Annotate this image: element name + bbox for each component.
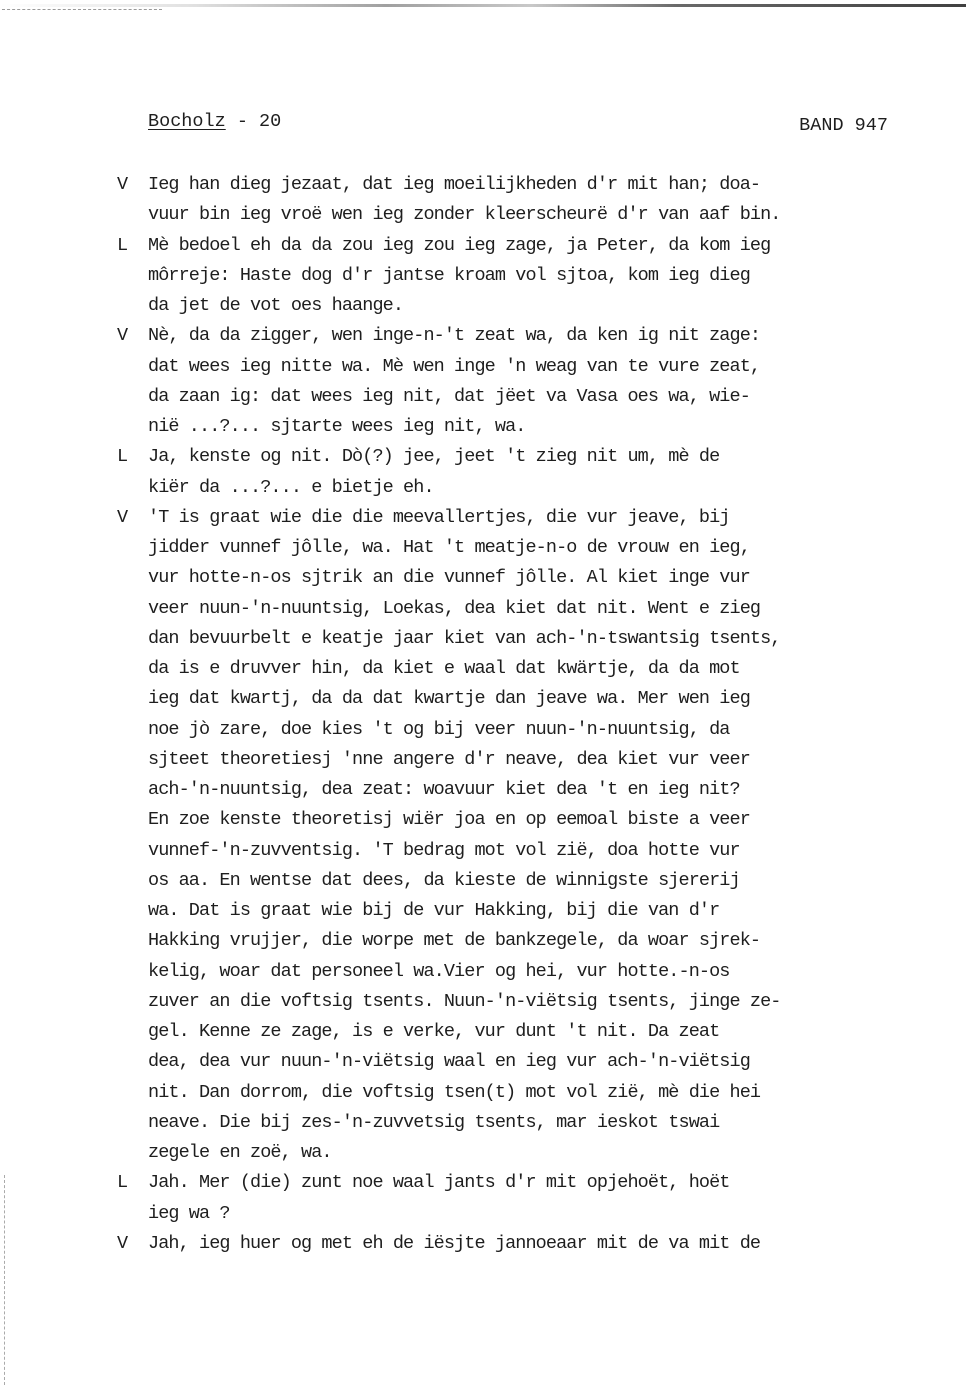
- transcript-body: VIeg han dieg jezaat, dat ieg moeilijkhe…: [117, 170, 917, 1259]
- line-text: dea, dea vur nuun-'n-viëtsig waal en ieg…: [148, 1047, 750, 1077]
- transcript-line: LJah. Mer (die) zunt noe waal jants d'r …: [117, 1168, 917, 1198]
- line-text: gel. Kenne ze zage, is e verke, vur dunt…: [148, 1017, 719, 1047]
- line-text: noe jò zare, doe kies 't og bij veer nuu…: [148, 715, 730, 745]
- line-text: Jah. Mer (die) zunt noe waal jants d'r m…: [148, 1168, 730, 1198]
- line-text: Nè, da da zigger, wen inge-n-'t zeat wa,…: [148, 321, 760, 351]
- band-label: BAND 947: [799, 115, 888, 136]
- transcript-line: ieg dat kwartj, da da dat kwartje dan je…: [117, 684, 917, 714]
- line-text: vunnef-'n-zuvventsig. 'T bedrag mot vol …: [148, 836, 740, 866]
- scan-margin-marks: [4, 1175, 6, 1385]
- transcript-line: VNè, da da zigger, wen inge-n-'t zeat wa…: [117, 321, 917, 351]
- transcript-line: nië ...?... sjtarte wees ieg nit, wa.: [117, 412, 917, 442]
- speaker-label: L: [117, 231, 128, 261]
- transcript-line: vunnef-'n-zuvventsig. 'T bedrag mot vol …: [117, 836, 917, 866]
- place-name: Bocholz: [148, 111, 226, 132]
- transcript-line: Hakking vrujjer, die worpe met de bankze…: [117, 926, 917, 956]
- line-text: jidder vunnef jôlle, wa. Hat 't meatje-n…: [148, 533, 750, 563]
- transcript-line: neave. Die bij zes-'n-zuvvetsig tsents, …: [117, 1108, 917, 1138]
- line-text: zuver an die voftsig tsents. Nuun-'n-vië…: [148, 987, 781, 1017]
- line-text: neave. Die bij zes-'n-zuvvetsig tsents, …: [148, 1108, 719, 1138]
- transcript-line: VJah, ieg huer og met eh de iësjte janno…: [117, 1229, 917, 1259]
- transcript-line: vur hotte-n-os sjtrik an die vunnef jôll…: [117, 563, 917, 593]
- transcript-line: gel. Kenne ze zage, is e verke, vur dunt…: [117, 1017, 917, 1047]
- transcript-line: VIeg han dieg jezaat, dat ieg moeilijkhe…: [117, 170, 917, 200]
- line-text: nit. Dan dorrom, die voftsig tsen(t) mot…: [148, 1078, 760, 1108]
- transcript-line: kiër da ...?... e bietje eh.: [117, 473, 917, 503]
- scan-edge-line: [0, 4, 966, 7]
- line-text: Mè bedoel eh da da zou ieg zou ieg zage,…: [148, 231, 770, 261]
- line-text: ach-'n-nuuntsig, dea zeat: woavuur kiet …: [148, 775, 740, 805]
- transcript-line: ach-'n-nuuntsig, dea zeat: woavuur kiet …: [117, 775, 917, 805]
- transcript-line: sjteet theoretiesj 'nne angere d'r neave…: [117, 745, 917, 775]
- line-text: ieg dat kwartj, da da dat kwartje dan je…: [148, 684, 750, 714]
- transcript-line: nit. Dan dorrom, die voftsig tsen(t) mot…: [117, 1078, 917, 1108]
- line-text: os aa. En wentse dat dees, da kieste de …: [148, 866, 740, 896]
- scan-edge-dots: [2, 9, 162, 11]
- line-text: da is e druvver hin, da kiet e waal dat …: [148, 654, 740, 684]
- line-text: ieg wa ?: [148, 1199, 230, 1229]
- transcript-line: ieg wa ?: [117, 1199, 917, 1229]
- speaker-label: L: [117, 1168, 128, 1198]
- line-text: da jet de vot oes haange.: [148, 291, 403, 321]
- transcript-line: dan bevuurbelt e keatje jaar kiet van ac…: [117, 624, 917, 654]
- transcript-line: môrreje: Haste dog d'r jantse kroam vol …: [117, 261, 917, 291]
- line-text: kiër da ...?... e bietje eh.: [148, 473, 434, 503]
- transcript-line: kelig, woar dat personeel wa.Vier og hei…: [117, 957, 917, 987]
- line-text: da zaan ig: dat wees ieg nit, dat jëet v…: [148, 382, 750, 412]
- transcript-line: V'T is graat wie die die meevallertjes, …: [117, 503, 917, 533]
- speaker-label: L: [117, 442, 128, 472]
- line-text: dan bevuurbelt e keatje jaar kiet van ac…: [148, 624, 781, 654]
- transcript-line: wa. Dat is graat wie bij de vur Hakking,…: [117, 896, 917, 926]
- transcript-line: zegele en zoë, wa.: [117, 1138, 917, 1168]
- transcript-line: da zaan ig: dat wees ieg nit, dat jëet v…: [117, 382, 917, 412]
- line-text: vuur bin ieg vroë wen ieg zonder kleersc…: [148, 200, 781, 230]
- transcript-line: dat wees ieg nitte wa. Mè wen inge 'n we…: [117, 352, 917, 382]
- line-text: Hakking vrujjer, die worpe met de bankze…: [148, 926, 760, 956]
- line-text: En zoe kenste theoretisj wiër joa en op …: [148, 805, 750, 835]
- speaker-label: V: [117, 321, 128, 351]
- line-text: nië ...?... sjtarte wees ieg nit, wa.: [148, 412, 525, 442]
- line-text: 'T is graat wie die die meevallertjes, d…: [148, 503, 730, 533]
- line-text: Ieg han dieg jezaat, dat ieg moeilijkhed…: [148, 170, 760, 200]
- line-text: veer nuun-'n-nuuntsig, Loekas, dea kiet …: [148, 594, 760, 624]
- speaker-label: V: [117, 170, 128, 200]
- line-text: Jah, ieg huer og met eh de iësjte jannoe…: [148, 1229, 760, 1259]
- line-text: kelig, woar dat personeel wa.Vier og hei…: [148, 957, 730, 987]
- transcript-line: zuver an die voftsig tsents. Nuun-'n-vië…: [117, 987, 917, 1017]
- transcript-line: LJa, kenste og nit. Dò(?) jee, jeet 't z…: [117, 442, 917, 472]
- transcript-line: LMè bedoel eh da da zou ieg zou ieg zage…: [117, 231, 917, 261]
- transcript-line: da jet de vot oes haange.: [117, 291, 917, 321]
- line-text: môrreje: Haste dog d'r jantse kroam vol …: [148, 261, 750, 291]
- transcript-line: En zoe kenste theoretisj wiër joa en op …: [117, 805, 917, 835]
- transcript-line: da is e druvver hin, da kiet e waal dat …: [117, 654, 917, 684]
- page-number: 20: [259, 111, 281, 132]
- line-text: vur hotte-n-os sjtrik an die vunnef jôll…: [148, 563, 750, 593]
- line-text: sjteet theoretiesj 'nne angere d'r neave…: [148, 745, 750, 775]
- transcript-line: dea, dea vur nuun-'n-viëtsig waal en ieg…: [117, 1047, 917, 1077]
- line-text: dat wees ieg nitte wa. Mè wen inge 'n we…: [148, 352, 760, 382]
- page-separator: -: [226, 111, 259, 132]
- header-location: Bocholz - 20: [148, 111, 281, 132]
- speaker-label: V: [117, 1229, 128, 1259]
- line-text: wa. Dat is graat wie bij de vur Hakking,…: [148, 896, 719, 926]
- line-text: Ja, kenste og nit. Dò(?) jee, jeet 't zi…: [148, 442, 719, 472]
- speaker-label: V: [117, 503, 128, 533]
- transcript-line: jidder vunnef jôlle, wa. Hat 't meatje-n…: [117, 533, 917, 563]
- transcript-line: os aa. En wentse dat dees, da kieste de …: [117, 866, 917, 896]
- page-header: Bocholz - 20 BAND 947: [148, 111, 888, 139]
- transcript-line: vuur bin ieg vroë wen ieg zonder kleersc…: [117, 200, 917, 230]
- transcript-line: noe jò zare, doe kies 't og bij veer nuu…: [117, 715, 917, 745]
- transcript-line: veer nuun-'n-nuuntsig, Loekas, dea kiet …: [117, 594, 917, 624]
- line-text: zegele en zoë, wa.: [148, 1138, 332, 1168]
